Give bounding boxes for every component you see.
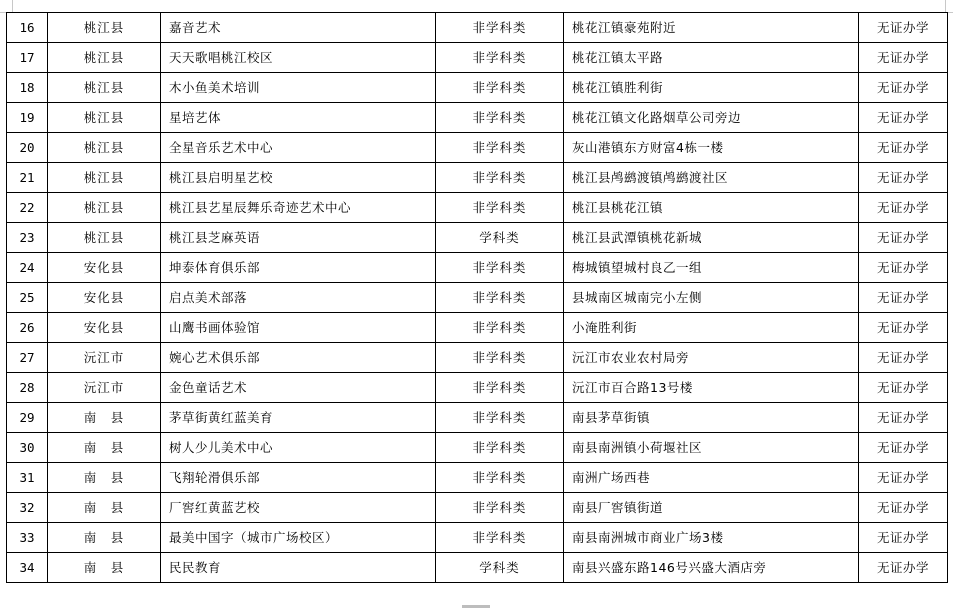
status-cell: 无证办学 — [859, 553, 948, 583]
category-cell: 非学科类 — [436, 403, 564, 433]
table-row: 28 沅江市 金色童话艺术 非学科类 沅江市百合路13号楼 无证办学 — [7, 373, 948, 403]
institution-name-cell: 民民教育 — [161, 553, 436, 583]
county-cell: 安化县 — [48, 313, 161, 343]
category-cell: 非学科类 — [436, 43, 564, 73]
address-cell: 县城南区城南完小左侧 — [564, 283, 859, 313]
table-row: 17 桃江县 天天歌唱桃江校区 非学科类 桃花江镇太平路 无证办学 — [7, 43, 948, 73]
document-page: 16 桃江县 嘉音艺术 非学科类 桃花江镇豪苑附近 无证办学 17 桃江县 天天… — [0, 0, 953, 608]
status-cell: 无证办学 — [859, 223, 948, 253]
row-number: 23 — [7, 223, 48, 253]
institutions-table: 16 桃江县 嘉音艺术 非学科类 桃花江镇豪苑附近 无证办学 17 桃江县 天天… — [6, 12, 948, 583]
status-cell: 无证办学 — [859, 73, 948, 103]
row-number: 19 — [7, 103, 48, 133]
category-cell: 非学科类 — [436, 493, 564, 523]
address-cell: 南县茅草街镇 — [564, 403, 859, 433]
category-cell: 非学科类 — [436, 13, 564, 43]
address-cell: 南洲广场西巷 — [564, 463, 859, 493]
institution-name-cell: 厂窖红黄蓝艺校 — [161, 493, 436, 523]
institution-name-cell: 启点美术部落 — [161, 283, 436, 313]
row-number: 33 — [7, 523, 48, 553]
institution-name-cell: 飞翔轮滑俱乐部 — [161, 463, 436, 493]
institution-name-cell: 桃江县芝麻英语 — [161, 223, 436, 253]
table-row: 32 南 县 厂窖红黄蓝艺校 非学科类 南县厂窖镇街道 无证办学 — [7, 493, 948, 523]
address-cell: 沅江市百合路13号楼 — [564, 373, 859, 403]
institution-name-cell: 婉心艺术俱乐部 — [161, 343, 436, 373]
category-cell: 非学科类 — [436, 313, 564, 343]
address-cell: 桃花江镇胜利街 — [564, 73, 859, 103]
table-row: 26 安化县 山鹰书画体验馆 非学科类 小淹胜利街 无证办学 — [7, 313, 948, 343]
table-row: 24 安化县 坤泰体育俱乐部 非学科类 梅城镇望城村良乙一组 无证办学 — [7, 253, 948, 283]
row-number: 20 — [7, 133, 48, 163]
table-row: 33 南 县 最美中国字（城市广场校区） 非学科类 南县南洲城市商业广场3楼 无… — [7, 523, 948, 553]
category-cell: 非学科类 — [436, 193, 564, 223]
table-row: 22 桃江县 桃江县艺星辰舞乐奇迹艺术中心 非学科类 桃江县桃花江镇 无证办学 — [7, 193, 948, 223]
county-cell: 桃江县 — [48, 133, 161, 163]
category-cell: 非学科类 — [436, 523, 564, 553]
status-cell: 无证办学 — [859, 343, 948, 373]
table-row: 30 南 县 树人少儿美术中心 非学科类 南县南洲镇小荷堰社区 无证办学 — [7, 433, 948, 463]
row-number: 16 — [7, 13, 48, 43]
institution-name-cell: 茅草街黄红蓝美育 — [161, 403, 436, 433]
address-cell: 梅城镇望城村良乙一组 — [564, 253, 859, 283]
status-cell: 无证办学 — [859, 43, 948, 73]
status-cell: 无证办学 — [859, 403, 948, 433]
institution-name-cell: 木小鱼美术培训 — [161, 73, 436, 103]
county-cell: 南 县 — [48, 463, 161, 493]
address-cell: 南县厂窖镇街道 — [564, 493, 859, 523]
address-cell: 桃花江镇文化路烟草公司旁边 — [564, 103, 859, 133]
status-cell: 无证办学 — [859, 463, 948, 493]
row-number: 17 — [7, 43, 48, 73]
county-cell: 南 县 — [48, 493, 161, 523]
status-cell: 无证办学 — [859, 13, 948, 43]
status-cell: 无证办学 — [859, 133, 948, 163]
table-row: 19 桃江县 星培艺体 非学科类 桃花江镇文化路烟草公司旁边 无证办学 — [7, 103, 948, 133]
status-cell: 无证办学 — [859, 523, 948, 553]
category-cell: 非学科类 — [436, 373, 564, 403]
address-cell: 南县南洲镇小荷堰社区 — [564, 433, 859, 463]
county-cell: 桃江县 — [48, 103, 161, 133]
category-cell: 非学科类 — [436, 103, 564, 133]
row-number: 30 — [7, 433, 48, 463]
category-cell: 非学科类 — [436, 253, 564, 283]
category-cell: 非学科类 — [436, 463, 564, 493]
row-number: 25 — [7, 283, 48, 313]
category-cell: 非学科类 — [436, 73, 564, 103]
category-cell: 学科类 — [436, 223, 564, 253]
table-row: 16 桃江县 嘉音艺术 非学科类 桃花江镇豪苑附近 无证办学 — [7, 13, 948, 43]
county-cell: 桃江县 — [48, 163, 161, 193]
row-number: 31 — [7, 463, 48, 493]
status-cell: 无证办学 — [859, 193, 948, 223]
address-cell: 灰山港镇东方财富4栋一楼 — [564, 133, 859, 163]
row-number: 21 — [7, 163, 48, 193]
county-cell: 南 县 — [48, 403, 161, 433]
row-number: 34 — [7, 553, 48, 583]
row-number: 27 — [7, 343, 48, 373]
table-row: 20 桃江县 全星音乐艺术中心 非学科类 灰山港镇东方财富4栋一楼 无证办学 — [7, 133, 948, 163]
category-cell: 学科类 — [436, 553, 564, 583]
county-cell: 沅江市 — [48, 343, 161, 373]
institution-name-cell: 桃江县艺星辰舞乐奇迹艺术中心 — [161, 193, 436, 223]
table-row: 31 南 县 飞翔轮滑俱乐部 非学科类 南洲广场西巷 无证办学 — [7, 463, 948, 493]
row-number: 26 — [7, 313, 48, 343]
table-row: 18 桃江县 木小鱼美术培训 非学科类 桃花江镇胜利街 无证办学 — [7, 73, 948, 103]
address-cell: 南县兴盛东路146号兴盛大酒店旁 — [564, 553, 859, 583]
institution-name-cell: 天天歌唱桃江校区 — [161, 43, 436, 73]
institution-name-cell: 树人少儿美术中心 — [161, 433, 436, 463]
county-cell: 桃江县 — [48, 13, 161, 43]
category-cell: 非学科类 — [436, 433, 564, 463]
institution-name-cell: 全星音乐艺术中心 — [161, 133, 436, 163]
table-row: 34 南 县 民民教育 学科类 南县兴盛东路146号兴盛大酒店旁 无证办学 — [7, 553, 948, 583]
row-number: 32 — [7, 493, 48, 523]
county-cell: 桃江县 — [48, 193, 161, 223]
county-cell: 南 县 — [48, 523, 161, 553]
county-cell: 桃江县 — [48, 223, 161, 253]
address-cell: 桃江县鸬鹚渡镇鸬鹚渡社区 — [564, 163, 859, 193]
category-cell: 非学科类 — [436, 343, 564, 373]
row-number: 22 — [7, 193, 48, 223]
address-cell: 沅江市农业农村局旁 — [564, 343, 859, 373]
row-number: 28 — [7, 373, 48, 403]
county-cell: 桃江县 — [48, 43, 161, 73]
status-cell: 无证办学 — [859, 163, 948, 193]
institution-name-cell: 山鹰书画体验馆 — [161, 313, 436, 343]
address-cell: 桃花江镇太平路 — [564, 43, 859, 73]
county-cell: 安化县 — [48, 283, 161, 313]
address-cell: 桃花江镇豪苑附近 — [564, 13, 859, 43]
address-cell: 桃江县武潭镇桃花新城 — [564, 223, 859, 253]
table-row: 23 桃江县 桃江县芝麻英语 学科类 桃江县武潭镇桃花新城 无证办学 — [7, 223, 948, 253]
institution-name-cell: 坤泰体育俱乐部 — [161, 253, 436, 283]
table-row: 29 南 县 茅草街黄红蓝美育 非学科类 南县茅草街镇 无证办学 — [7, 403, 948, 433]
table-row: 21 桃江县 桃江县启明星艺校 非学科类 桃江县鸬鹚渡镇鸬鹚渡社区 无证办学 — [7, 163, 948, 193]
institution-name-cell: 桃江县启明星艺校 — [161, 163, 436, 193]
institution-name-cell: 嘉音艺术 — [161, 13, 436, 43]
row-number: 18 — [7, 73, 48, 103]
institution-name-cell: 星培艺体 — [161, 103, 436, 133]
status-cell: 无证办学 — [859, 103, 948, 133]
table-row: 25 安化县 启点美术部落 非学科类 县城南区城南完小左侧 无证办学 — [7, 283, 948, 313]
category-cell: 非学科类 — [436, 133, 564, 163]
county-cell: 桃江县 — [48, 73, 161, 103]
status-cell: 无证办学 — [859, 253, 948, 283]
county-cell: 安化县 — [48, 253, 161, 283]
address-cell: 南县南洲城市商业广场3楼 — [564, 523, 859, 553]
status-cell: 无证办学 — [859, 283, 948, 313]
table-row: 27 沅江市 婉心艺术俱乐部 非学科类 沅江市农业农村局旁 无证办学 — [7, 343, 948, 373]
county-cell: 南 县 — [48, 553, 161, 583]
status-cell: 无证办学 — [859, 373, 948, 403]
row-number: 29 — [7, 403, 48, 433]
status-cell: 无证办学 — [859, 313, 948, 343]
category-cell: 非学科类 — [436, 283, 564, 313]
institution-name-cell: 最美中国字（城市广场校区） — [161, 523, 436, 553]
institution-name-cell: 金色童话艺术 — [161, 373, 436, 403]
category-cell: 非学科类 — [436, 163, 564, 193]
row-number: 24 — [7, 253, 48, 283]
address-cell: 桃江县桃花江镇 — [564, 193, 859, 223]
address-cell: 小淹胜利街 — [564, 313, 859, 343]
status-cell: 无证办学 — [859, 433, 948, 463]
status-cell: 无证办学 — [859, 493, 948, 523]
county-cell: 沅江市 — [48, 373, 161, 403]
county-cell: 南 县 — [48, 433, 161, 463]
